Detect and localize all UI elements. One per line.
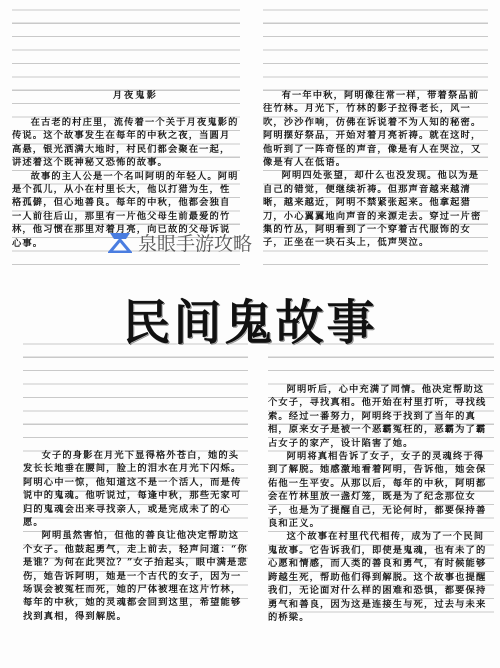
- paragraph: 有一年中秋，阿明像往常一样，带着祭品前往竹林。月光下，竹林的影子拉得老长，风一吹…: [263, 89, 488, 169]
- paragraph: 阿明将真相告诉了女子，女子的灵魂终于得到了解脱。她感激地看着阿明，告诉他，她会保…: [268, 450, 494, 530]
- main-title: 民间鬼故事: [0, 284, 500, 353]
- watermark: 泉眼手游攻略: [108, 229, 252, 255]
- watermark-text: 泉眼手游攻略: [138, 229, 252, 256]
- page-text: 阿明听后，心中充满了同情。他决定帮助这个女子，寻找真相。他开始在村里打听，寻找线…: [268, 383, 494, 624]
- paragraph: 阿明虽然害怕，但他的善良让他决定帮助这个女子。他鼓起勇气，走上前去，轻声问道：“…: [23, 529, 248, 623]
- triangle-logo-icon: [108, 231, 132, 253]
- paragraph: 阿明听后，心中充满了同情。他决定帮助这个女子，寻找真相。他开始在村里打听，寻找线…: [268, 383, 494, 450]
- story-title-block: 月夜鬼影: [12, 89, 240, 102]
- lined-page-bottom-right: 阿明听后，心中充满了同情。他决定帮助这个女子，寻找真相。他开始在村里打听，寻找线…: [268, 331, 494, 619]
- story-title: 月夜鬼影: [12, 89, 240, 102]
- paragraph: 女子的身影在月光下显得格外苍白，她的头发长长地垂在腰间，脸上的泪水在月光下闪烁。…: [23, 449, 248, 529]
- paragraph: 阿明四处张望，却什么也没发现。他以为是自己的错觉，便继续祈祷。但那声音越来越清晰…: [263, 169, 488, 249]
- lined-page-top-right: 有一年中秋，阿明像往常一样，带着祭品前往竹林。月光下，竹林的影子拉得老长，风一吹…: [263, 0, 488, 273]
- paragraph: 在古老的村庄里，流传着一个关于月夜鬼影的传说。这个故事发生在每年的中秋之夜，当圆…: [12, 116, 240, 170]
- lined-page-bottom-left: 女子的身影在月光下显得格外苍白，她的头发长长地垂在腰间，脸上的泪水在月光下闪烁。…: [23, 331, 248, 611]
- page-text: 女子的身影在月光下显得格外苍白，她的头发长长地垂在腰间，脸上的泪水在月光下闪烁。…: [23, 449, 248, 623]
- page-text: 有一年中秋，阿明像往常一样，带着祭品前往竹林。月光下，竹林的影子拉得老长，风一吹…: [263, 89, 488, 250]
- paragraph: 这个故事在村里代代相传，成为了一个民间鬼故事。它告诉我们，即使是鬼魂，也有未了的…: [268, 530, 494, 624]
